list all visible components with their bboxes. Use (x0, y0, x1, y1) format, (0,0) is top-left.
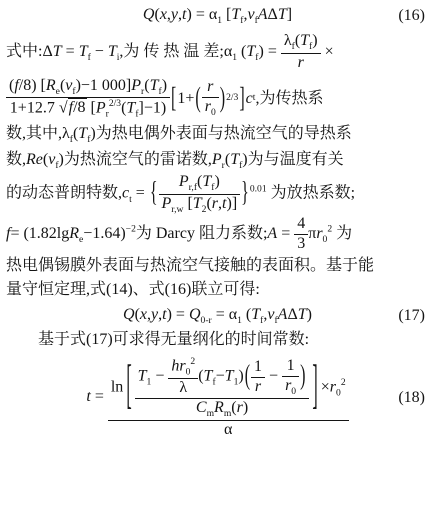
paper-page: Q(x,y,t) = α1 [Tf,vfAΔT] (16) 式中:ΔT = Tf… (0, 0, 435, 516)
equation-16: Q(x,y,t) = α1 [Tf,vfAΔT] (16) (6, 6, 429, 26)
equation-17-number: (17) (398, 307, 425, 325)
equation-18-body: t = ln[T1 − hr02λ(Tf−T1)(1r − 1r0)CmRm(r… (86, 356, 348, 439)
equation-18: t = ln[T1 − hr02λ(Tf−T1)(1r − 1r0)CmRm(r… (6, 356, 429, 439)
paragraph-line-surface-area: 热电偶锡膜外表面与热流空气接触的表面积。基于能 (6, 254, 429, 278)
equation-17-body: Q(x,y,t) = Q0-r = α1 (Tf,vfAΔT) (123, 306, 312, 326)
paragraph-line-energy-conservation: 量守恒定理,式(14)、式(16)联立可得: (6, 278, 429, 302)
paragraph-line-prandtl-ct: 的动态普朗特数,ct = {Pr,f(Tf)Pr,w [T2(r,t)]}0.0… (6, 173, 429, 215)
equation-17: Q(x,y,t) = Q0-r = α1 (Tf,vfAΔT) (17) (6, 306, 429, 326)
paragraph-line-reynolds: 数,Re(vf)为热流空气的雷诺数,Pr(Tf)为与温度有关 (6, 148, 429, 174)
equation-16-number: (16) (398, 7, 425, 25)
paragraph-line-time-constant: 基于式(17)可求得无量纲化的时间常数: (6, 328, 429, 352)
paragraph-line-lambda: 数,其中,λf(Tf)为热电偶外表面与热流空气的导热系 (6, 122, 429, 148)
equation-16-body: Q(x,y,t) = α1 [Tf,vfAΔT] (143, 6, 292, 26)
paragraph-line-darcy: f= (1.82lgRe−1.64)−2为 Darcy 阻力系数;A = 43π… (6, 215, 429, 254)
alpha1-fraction-line: (f/8) [Re(vf)−1 000]Pr(Tf)1+12.7 √f/8 [P… (6, 77, 429, 120)
paragraph-line-dt-definition: 式中:ΔT = Tf − Ti,为 传 热 温 差;α1 (Tf) = λf(T… (6, 32, 429, 72)
equation-18-number: (18) (398, 389, 425, 407)
